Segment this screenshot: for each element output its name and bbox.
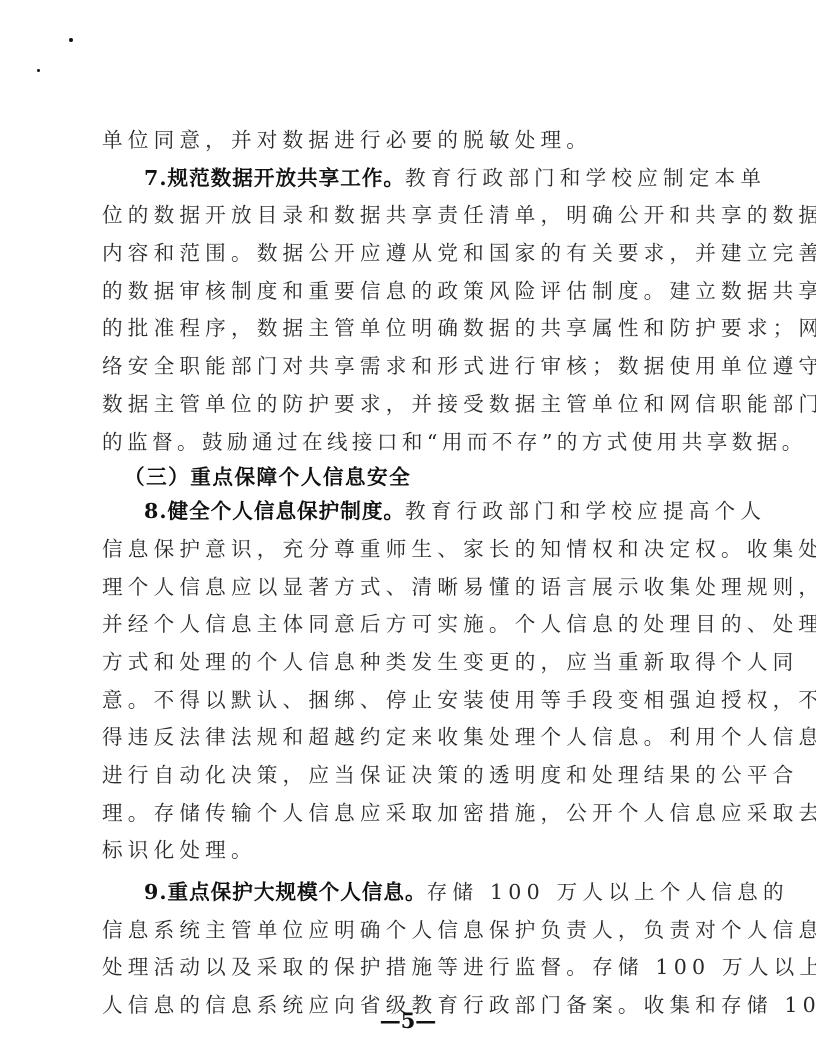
paragraph-line: 的数据审核制度和重要信息的政策风险评估制度。建立数据共享 (102, 273, 696, 311)
paragraph-line: 理个人信息应以显著方式、清晰易懂的语言展示收集处理规则， (102, 569, 696, 607)
paragraph-line: 的监督。鼓励通过在线接口和“用而不存”的方式使用共享数据。 (102, 424, 696, 462)
item-8-line: 8.健全个人信息保护制度。教育行政部门和学校应提高个人 (102, 493, 696, 531)
page-number: —5— (0, 1008, 816, 1033)
section-heading: （三）重点保障个人信息安全 (102, 461, 696, 493)
paragraph-line: 得违反法律法规和超越约定来收集处理个人信息。利用个人信息 (102, 719, 696, 757)
paragraph-line: 进行自动化决策，应当保证决策的透明度和处理结果的公平合 (102, 757, 696, 795)
paragraph-line: 标识化处理。 (102, 832, 696, 870)
paragraph-line: 信息系统主管单位应明确个人信息保护负责人，负责对个人信息 (102, 912, 696, 950)
paragraph-line: 方式和处理的个人信息种类发生变更的，应当重新取得个人同 (102, 644, 696, 682)
scan-speck (69, 38, 73, 42)
item-7-title: 7.规范数据开放共享工作。 (144, 166, 405, 190)
paragraph-line: 位的数据开放目录和数据共享责任清单，明确公开和共享的数据 (102, 197, 696, 235)
paragraph-line: 单位同意，并对数据进行必要的脱敏处理。 (102, 122, 696, 160)
paragraph-line: 意。不得以默认、捆绑、停止安装使用等手段变相强迫授权，不 (102, 682, 696, 720)
document-body: 单位同意，并对数据进行必要的脱敏处理。 7.规范数据开放共享工作。教育行政部门和… (102, 122, 696, 1025)
paragraph-line: 络安全职能部门对共享需求和形式进行审核；数据使用单位遵守 (102, 348, 696, 386)
paragraph-line: 信息保护意识，充分尊重师生、家长的知情权和决定权。收集处 (102, 531, 696, 569)
paragraph-line: 的批准程序，数据主管单位明确数据的共享属性和防护要求；网 (102, 310, 696, 348)
scan-speck (37, 69, 40, 72)
paragraph-line: 数据主管单位的防护要求，并接受数据主管单位和网信职能部门 (102, 386, 696, 424)
item-7-line: 7.规范数据开放共享工作。教育行政部门和学校应制定本单 (102, 160, 696, 198)
paragraph-line: 处理活动以及采取的保护措施等进行监督。存储 100 万人以上个 (102, 949, 696, 987)
paragraph-line: 并经个人信息主体同意后方可实施。个人信息的处理目的、处理 (102, 606, 696, 644)
item-8-title: 8.健全个人信息保护制度。 (144, 499, 405, 523)
paragraph-line: 理。存储传输个人信息应采取加密措施，公开个人信息应采取去 (102, 795, 696, 833)
item-9-line: 9.重点保护大规模个人信息。存储 100 万人以上个人信息的 (102, 874, 696, 912)
paragraph-line: 内容和范围。数据公开应遵从党和国家的有关要求，并建立完善 (102, 235, 696, 273)
item-9-title: 9.重点保护大规模个人信息。 (144, 880, 427, 904)
